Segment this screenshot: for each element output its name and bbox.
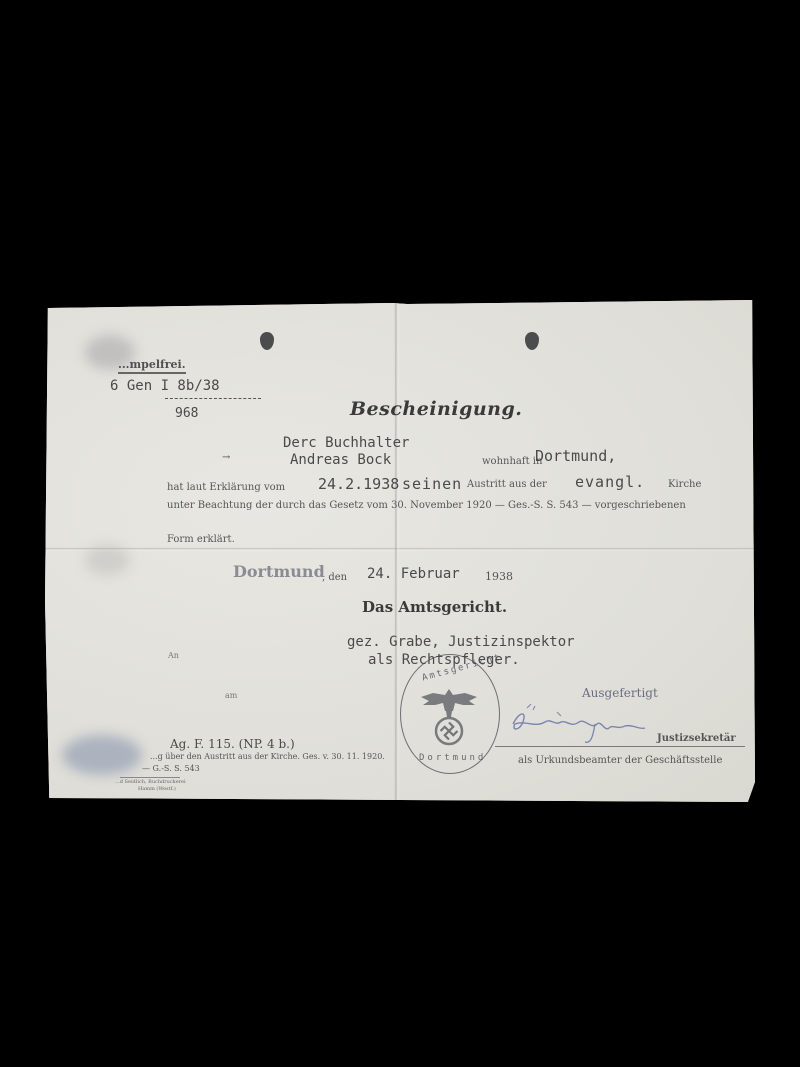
church-denomination: evangl. — [575, 473, 645, 491]
clerk-title: Justizsekretär — [657, 733, 736, 744]
stamp-duty-free-label: ...mpelfrei. — [118, 358, 186, 374]
reference-number: 6 Gen I 8b/38 — [110, 378, 220, 394]
official-seal-stamp: Amtsgericht Dortmund — [400, 654, 500, 774]
date-day-month: 24. Februar — [367, 566, 460, 582]
person-title: Derc Buchhalter — [283, 435, 409, 451]
reference-sub-number: 968 — [175, 406, 198, 421]
form-description-line-2: — G.-S. S. 543 — [142, 764, 200, 773]
stain-left-middle — [85, 545, 130, 575]
eagle-emblem-icon — [419, 681, 479, 751]
exit-phrase: Austritt aus der — [467, 479, 547, 490]
residence-label: wohnhaft in — [482, 456, 542, 467]
court-name: Das Amtsgericht. — [362, 598, 507, 616]
date-year: 1938 — [485, 570, 513, 583]
signature-line — [495, 746, 745, 747]
form-code: Ag. F. 115. (NP. 4 b.) — [170, 737, 295, 751]
printer-line-2: Hamm (Westf.) — [138, 786, 176, 792]
printer-line-1: ...d Seidlich, Buchdruckerei — [115, 779, 186, 785]
declaration-prefix: hat laut Erklärung vom — [167, 482, 285, 493]
person-name: Andreas Bock — [290, 452, 391, 468]
margin-mark-an: An — [168, 651, 179, 660]
document-title: Bescheinigung. — [350, 398, 522, 420]
handwritten-signature — [505, 702, 655, 747]
issued-label: Ausgefertigt — [582, 686, 658, 700]
form-description-line-1: ...g über den Austritt aus der Kirche. G… — [150, 752, 385, 761]
declaration-date: 24.2.1938 — [318, 475, 399, 493]
reference-divider — [165, 398, 261, 399]
margin-mark-am: am — [225, 691, 237, 700]
place-stamp: Dortmund — [233, 562, 325, 581]
church-label: Kirche — [668, 479, 701, 490]
ink-smudge-bottom-left — [62, 735, 142, 775]
law-reference-line: unter Beachtung der durch das Gesetz vom… — [167, 500, 686, 511]
residence-city: Dortmund, — [535, 447, 616, 465]
signed-by: gez. Grabe, Justizinspektor — [347, 634, 575, 650]
clerk-role-line: als Urkundsbeamter der Geschäftsstelle — [518, 755, 722, 766]
seal-text-bottom: Dortmund — [419, 753, 486, 763]
declaration-possessive: seinen — [402, 475, 462, 493]
bullet-mark: → — [222, 452, 230, 463]
form-declared-line: Form erklärt. — [167, 534, 235, 545]
date-prefix: , den — [322, 572, 347, 583]
printer-divider — [120, 777, 180, 778]
